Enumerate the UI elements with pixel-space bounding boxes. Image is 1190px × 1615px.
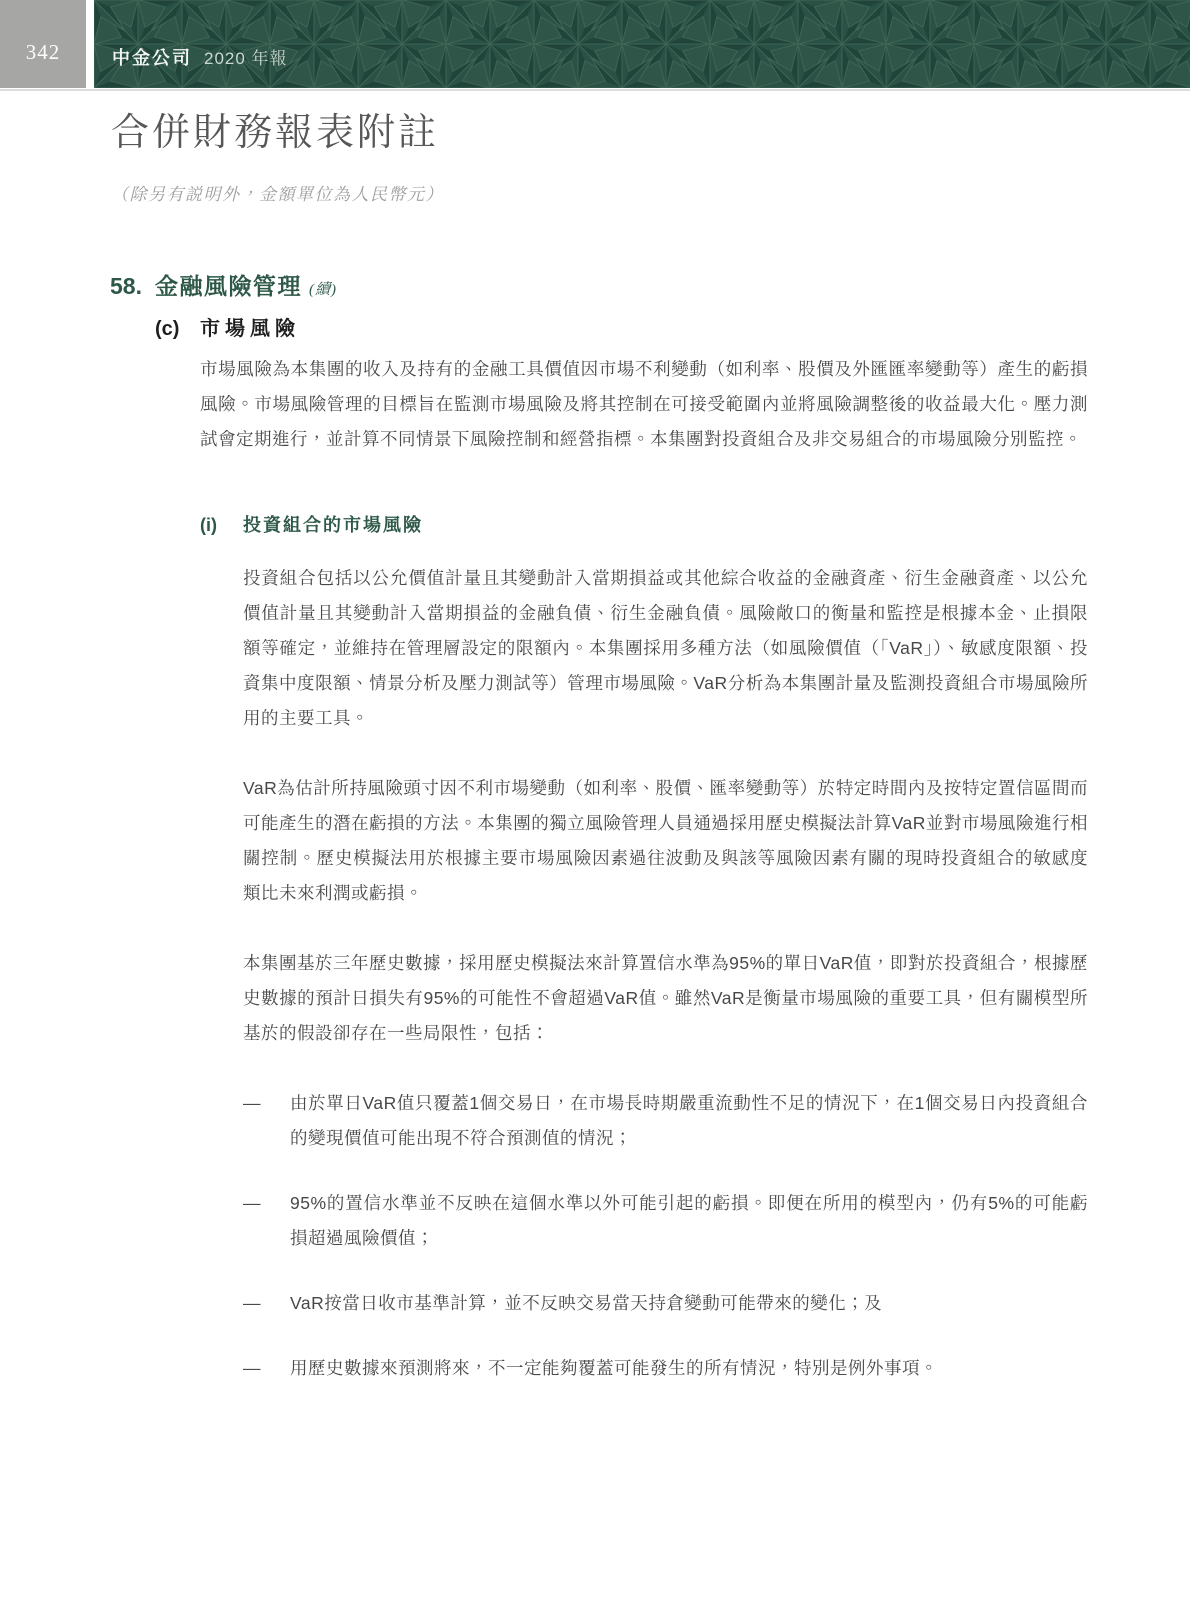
limitations-list: — 由於單日VaR值只覆蓋1個交易日，在市場長時期嚴重流動性不足的情況下，在1個…	[243, 1086, 1088, 1386]
paragraph-2: VaR為估計所持風險頭寸因不利市場變動（如利率、股價、匯率變動等）於特定時間內及…	[243, 771, 1088, 911]
report-edition: 2020 年報	[204, 49, 288, 68]
subsubsection-i-heading: (i) 投資組合的市場風險	[200, 511, 1088, 537]
list-item: — VaR按當日收市基準計算，並不反映交易當天持倉變動可能帶來的變化；及	[243, 1286, 1088, 1321]
section-continued-note: (續)	[309, 282, 337, 298]
subsection-c-heading: (c) 市場風險	[155, 312, 300, 341]
subsubsection-title: 投資組合的市場風險	[243, 511, 423, 537]
section-number: 58.	[110, 273, 155, 300]
section-title: 金融風險管理(續)	[155, 268, 337, 301]
bullet-text: VaR按當日收市基準計算，並不反映交易當天持倉變動可能帶來的變化；及	[290, 1286, 1088, 1321]
subsubsection-body: 投資組合包括以公允價值計量且其變動計入當期損益或其他綜合收益的金融資產、衍生金融…	[243, 561, 1088, 1386]
section-title-text: 金融風險管理	[155, 273, 302, 299]
subsubsection-i-block: (i) 投資組合的市場風險 投資組合包括以公允價值計量且其變動計入當期損益或其他…	[200, 511, 1088, 1386]
paragraph-1: 投資組合包括以公允價值計量且其變動計入當期損益或其他綜合收益的金融資產、衍生金融…	[243, 561, 1088, 736]
header-band: 中金公司2020 年報	[94, 0, 1190, 88]
document-title: 合併財務報表附註	[111, 101, 439, 156]
market-risk-intro-paragraph: 市場風險為本集團的收入及持有的金融工具價值因市場不利變動（如利率、股價及外匯匯率…	[200, 352, 1088, 457]
section-58-heading: 58. 金融風險管理(續)	[110, 268, 337, 301]
document-subtitle: （除另有説明外，金額單位為人民幣元）	[111, 180, 444, 205]
subsubsection-label: (i)	[200, 515, 243, 536]
subsection-label: (c)	[155, 318, 200, 341]
page-number: 342	[26, 40, 61, 65]
bullet-dash: —	[243, 1086, 290, 1156]
bullet-text: 95%的置信水準並不反映在這個水準以外可能引起的虧損。即便在所用的模型內，仍有5…	[290, 1186, 1088, 1256]
header-divider	[0, 89, 1190, 91]
page-number-tab: 342	[0, 0, 86, 88]
bullet-dash: —	[243, 1186, 290, 1256]
company-name: 中金公司	[112, 48, 192, 68]
report-page: { "header": { "page_number": "342", "com…	[0, 0, 1190, 1615]
band-caption: 中金公司2020 年報	[112, 46, 288, 71]
bullet-text: 由於單日VaR值只覆蓋1個交易日，在市場長時期嚴重流動性不足的情況下，在1個交易…	[290, 1086, 1088, 1156]
bullet-dash: —	[243, 1286, 290, 1321]
paragraph-3: 本集團基於三年歷史數據，採用歷史模擬法來計算置信水準為95%的單日VaR值，即對…	[243, 946, 1088, 1051]
list-item: — 由於單日VaR值只覆蓋1個交易日，在市場長時期嚴重流動性不足的情況下，在1個…	[243, 1086, 1088, 1156]
asanoha-star-pattern-icon	[94, 0, 1190, 88]
bullet-dash: —	[243, 1351, 290, 1386]
list-item: — 用歷史數據來預測將來，不一定能夠覆蓋可能發生的所有情況，特別是例外事項。	[243, 1351, 1088, 1386]
subsection-title: 市場風險	[200, 312, 300, 341]
list-item: — 95%的置信水準並不反映在這個水準以外可能引起的虧損。即便在所用的模型內，仍…	[243, 1186, 1088, 1256]
bullet-text: 用歷史數據來預測將來，不一定能夠覆蓋可能發生的所有情況，特別是例外事項。	[290, 1351, 1088, 1386]
